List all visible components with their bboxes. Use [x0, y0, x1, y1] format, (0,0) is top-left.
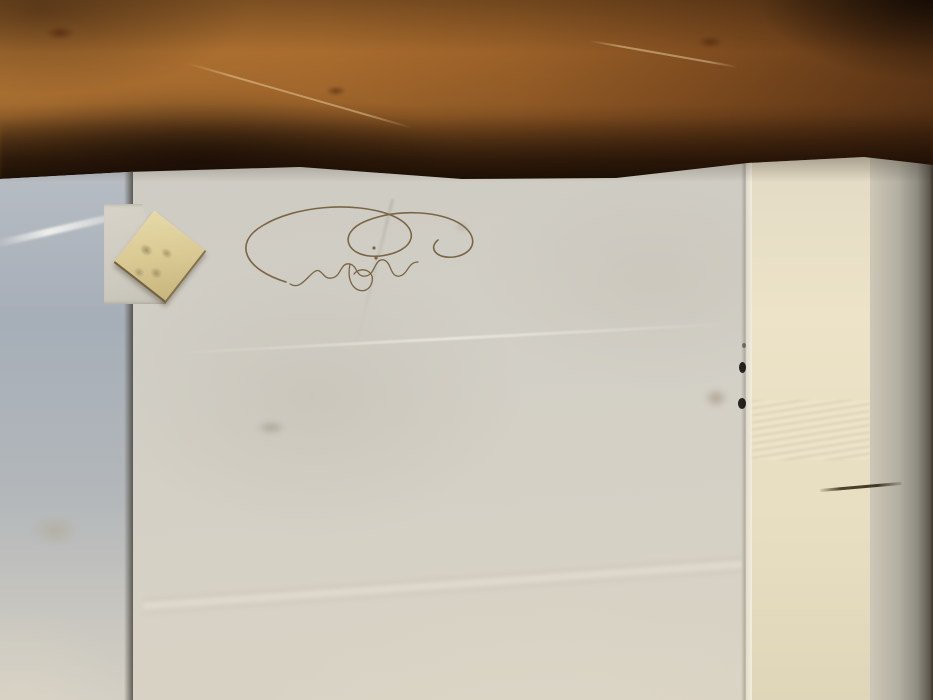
- photo-of-manuscript: Recorded as such — Witness my Hand and S…: [0, 0, 933, 700]
- right-fold-highlight: [745, 157, 752, 700]
- paper-crease: [143, 556, 743, 614]
- stain-smudge: [704, 388, 728, 408]
- paper-wrinkles: [752, 400, 870, 460]
- stain-smudge: [32, 516, 78, 546]
- ink-blot: [739, 362, 746, 373]
- ink-blot: [742, 343, 746, 348]
- wood-knot: [46, 26, 74, 40]
- center-panel: [133, 157, 752, 700]
- paper-crease: [173, 322, 732, 354]
- wood-knot: [326, 86, 346, 96]
- wood-knot: [698, 36, 722, 48]
- stain-smudge: [455, 222, 469, 232]
- ink-blot: [738, 398, 746, 409]
- right-page-edge: [870, 150, 933, 700]
- stain-smudge: [256, 420, 286, 435]
- right-fold-panel: [752, 150, 870, 700]
- paper-crease: [355, 199, 394, 345]
